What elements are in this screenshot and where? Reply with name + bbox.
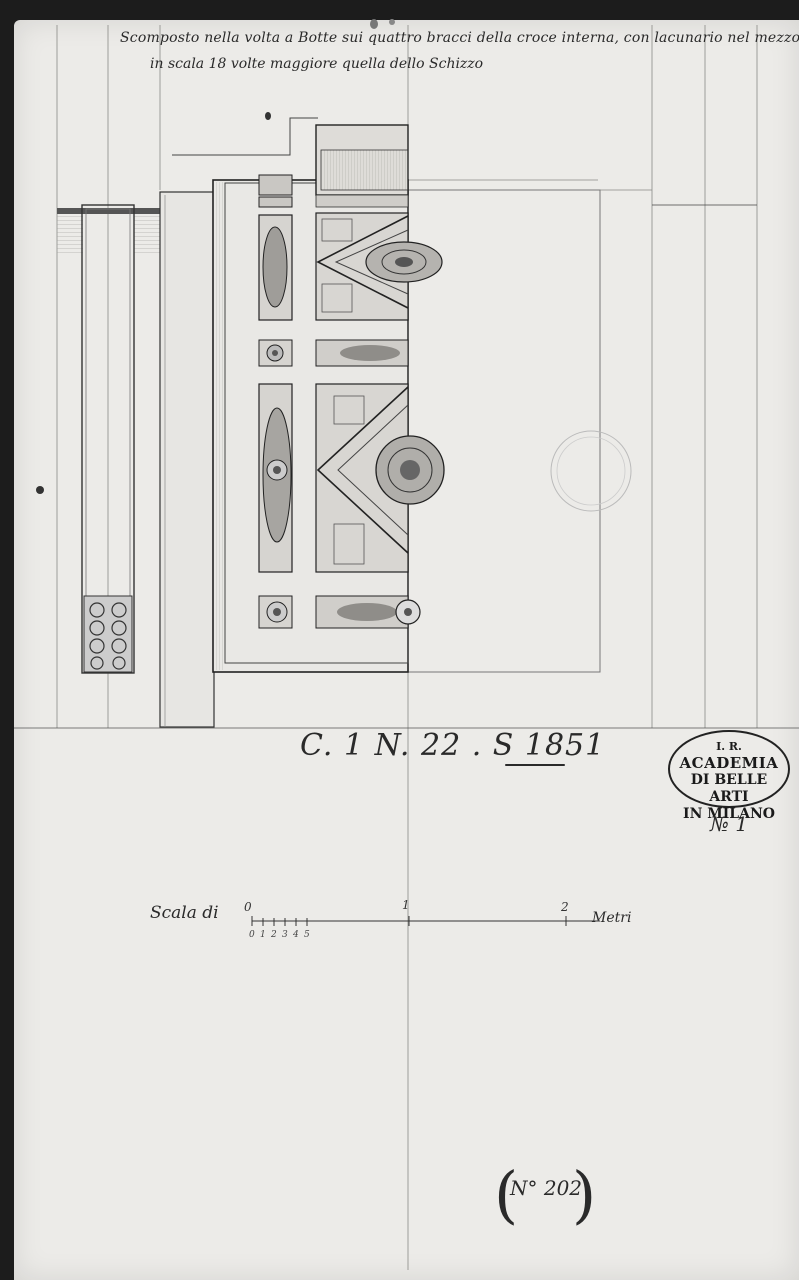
inventory-mark: № 1 [710, 812, 748, 836]
stamp-line-1: I. R. [670, 738, 788, 755]
scale-minor-tick-0: 0 [249, 930, 255, 940]
middle-pilaster [160, 192, 214, 727]
scale-major-tick-0: 0 [244, 900, 252, 914]
scale-major-tick-2: 2 [561, 900, 569, 914]
scale-minor-tick-5: 5 [304, 930, 310, 940]
date-underline [505, 764, 565, 766]
stamp-line-3: DI BELLE ARTI [670, 772, 788, 806]
stamp-line-2: ACADEMIA [670, 755, 788, 772]
left-pilaster [57, 205, 160, 673]
scale-label: Scala di [150, 903, 219, 923]
scale-minor-tick-3: 3 [282, 930, 288, 940]
scale-major-tick-1: 1 [402, 898, 410, 912]
catalog-paren-right: ) [572, 1158, 596, 1231]
architectural-elevation-drawing [0, 0, 799, 1280]
title-inscription-line-1: Scomposto nella volta a Botte sui quattr… [120, 30, 799, 46]
scale-minor-tick-1: 1 [260, 930, 266, 940]
scale-bar [252, 916, 600, 926]
academy-stamp: I. R. ACADEMIA DI BELLE ARTI IN MILANO [668, 730, 790, 808]
scale-minor-tick-4: 4 [293, 930, 299, 940]
coffered-vault-panel [213, 125, 444, 672]
faint-stamp-circle [551, 431, 631, 511]
scale-unit: Metri [592, 910, 631, 926]
date-inscription: C. 1 N. 22 . S 1851 [300, 728, 605, 763]
title-inscription-line-2: in scala 18 volte maggiore quella dello … [150, 56, 483, 72]
scale-minor-tick-2: 2 [271, 930, 277, 940]
